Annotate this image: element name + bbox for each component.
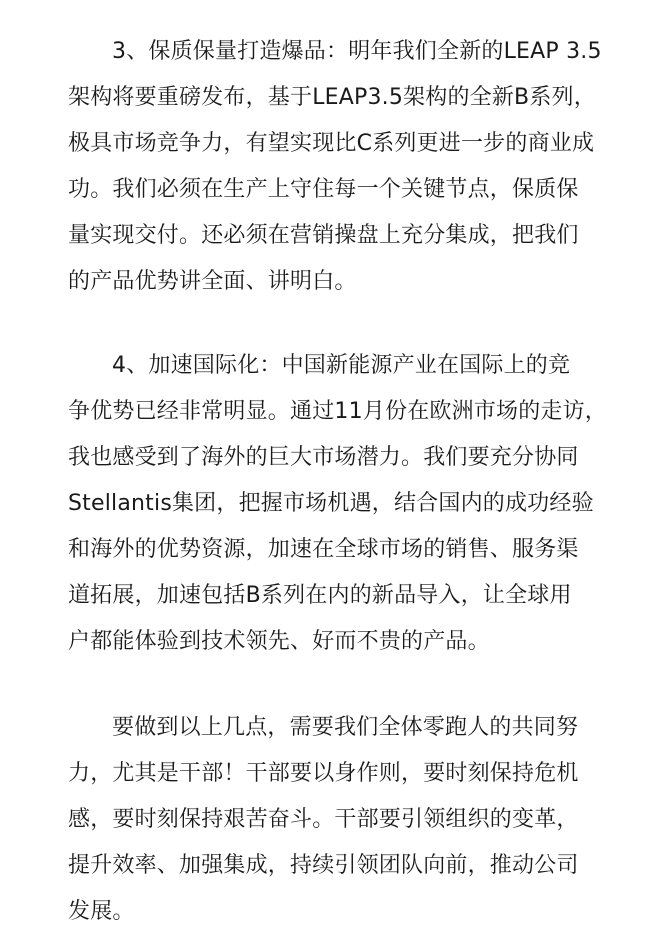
text-line: 道拓展，加速包括B系列在内的新品导入，让全球用 bbox=[68, 573, 608, 619]
text-line: 力，尤其是干部！干部要以身作则，要时刻保持危机 bbox=[68, 751, 608, 797]
paragraph-cadre-leadership: 要做到以上几点，需要我们全体零跑人的共同努 力，尤其是干部！干部要以身作则，要时… bbox=[68, 705, 608, 935]
paragraph-quality-production: 3、保质保量打造爆品：明年我们全新的LEAP 3.5 架构将要重磅发布，基于LE… bbox=[68, 29, 608, 305]
paragraph-internationalization: 4、加速国际化：中国新能源产业在国际上的竞 争优势已经非常明显。通过11月份在欧… bbox=[68, 343, 608, 665]
text-line: 4、加速国际化：中国新能源产业在国际上的竞 bbox=[68, 343, 608, 389]
text-line: 要做到以上几点，需要我们全体零跑人的共同努 bbox=[68, 705, 608, 751]
text-line: 极具市场竞争力，有望实现比C系列更进一步的商业成 bbox=[68, 121, 608, 167]
text-line: 提升效率、加强集成，持续引领团队向前，推动公司 bbox=[68, 843, 608, 889]
text-line: 感，要时刻保持艰苦奋斗。干部要引领组织的变革， bbox=[68, 797, 608, 843]
text-line: 功。我们必须在生产上守住每一个关键节点，保质保 bbox=[68, 167, 608, 213]
text-line: 发展。 bbox=[68, 889, 608, 935]
text-line: 户都能体验到技术领先、好而不贵的产品。 bbox=[68, 619, 608, 665]
text-line: 量实现交付。还必须在营销操盘上充分集成，把我们 bbox=[68, 213, 608, 259]
document-body: 3、保质保量打造爆品：明年我们全新的LEAP 3.5 架构将要重磅发布，基于LE… bbox=[0, 0, 660, 948]
text-line: 架构将要重磅发布，基于LEAP3.5架构的全新B系列， bbox=[68, 75, 608, 121]
text-line: 和海外的优势资源，加速在全球市场的销售、服务渠 bbox=[68, 527, 608, 573]
text-line: 我也感受到了海外的巨大市场潜力。我们要充分协同 bbox=[68, 435, 608, 481]
text-line: Stellantis集团，把握市场机遇，结合国内的成功经验 bbox=[68, 481, 608, 527]
text-line: 争优势已经非常明显。通过11月份在欧洲市场的走访， bbox=[68, 389, 608, 435]
text-line: 3、保质保量打造爆品：明年我们全新的LEAP 3.5 bbox=[68, 29, 608, 75]
text-line: 的产品优势讲全面、讲明白。 bbox=[68, 259, 608, 305]
